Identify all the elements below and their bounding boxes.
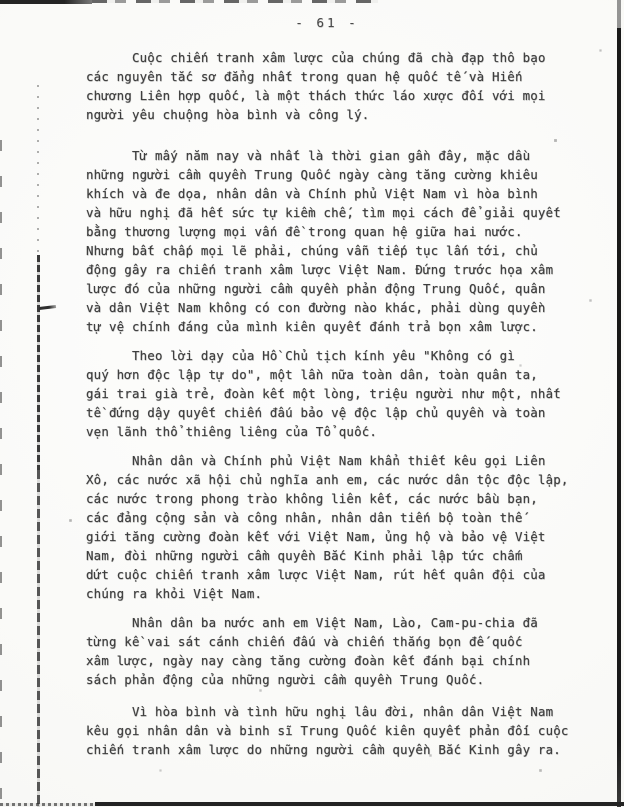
scan-artifact-left-streak-upper (37, 85, 39, 255)
scanned-document-page: - 61 - Cuộc chiến tranh xâm lược của chú… (0, 0, 624, 807)
scan-artifact-noise-specks (0, 0, 1, 1)
paragraph-2: Từ mấy năm nay và nhất là thời gian gần … (86, 146, 588, 336)
scan-artifact-bottom-edge-line (95, 802, 624, 806)
paragraph-1: Cuộc chiến tranh xâm lược của chúng đã c… (86, 48, 588, 124)
scan-artifact-margin-tick (39, 305, 56, 310)
scan-artifact-left-streak-middle (37, 255, 40, 470)
document-body: Cuộc chiến tranh xâm lược của chúng đã c… (86, 48, 588, 769)
scan-artifact-left-edge-dashes (0, 140, 2, 800)
scan-artifact-top-edge-solid (0, 0, 92, 4)
paragraph-5: Nhân dân ba nước anh em Việt Nam, Lào, C… (86, 613, 588, 689)
page-number: - 61 - (86, 15, 568, 30)
scan-artifact-top-edge-dashed (92, 0, 378, 3)
paragraph-4: Nhân dân và Chính phủ Việt Nam khẩn thiế… (86, 451, 588, 603)
paragraph-3: Theo lời dạy của Hồ Chủ tịch kính yêu "K… (86, 346, 588, 441)
scan-artifact-right-edge-line (617, 0, 621, 807)
scan-artifact-bottom-edge-dotted (0, 803, 95, 806)
paragraph-6: Vì hòa bình và tình hữu nghị lâu đời, nh… (86, 702, 588, 759)
scan-artifact-left-streak-lower (37, 470, 40, 807)
